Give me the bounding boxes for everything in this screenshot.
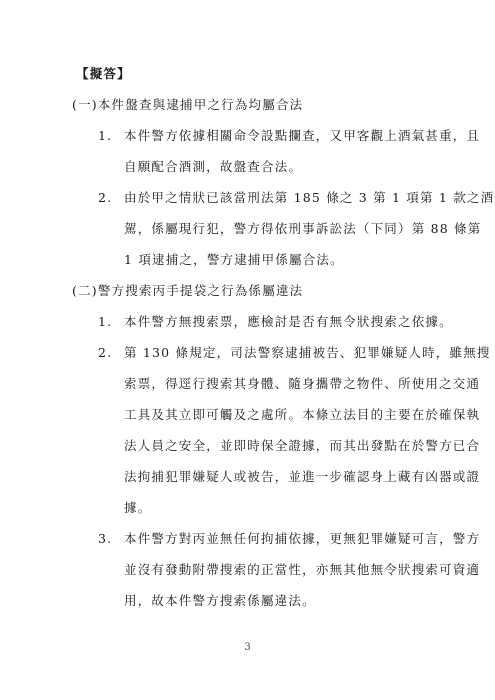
page-number: 3 <box>0 642 495 653</box>
item-number: 1. <box>98 128 112 144</box>
item-number: 2. <box>98 190 112 206</box>
item-number: 3. <box>98 531 112 547</box>
item-text-line: 法拘捕犯罪嫌疑人或被告，並進一步確認身上藏有凶器或證 <box>124 469 424 485</box>
item-text-line: 法人員之安全，並即時保全證據，而其出發點在於警方已合 <box>124 438 424 454</box>
item-number: 1. <box>98 314 112 330</box>
item-text-line: 據。 <box>124 500 424 516</box>
section-heading-2: (二)警方搜索丙手提袋之行為係屬違法 <box>72 283 303 299</box>
item-text-line: 駕，係屬現行犯，警方得依刑事訴訟法（下同）第 88 條第 <box>124 221 424 237</box>
item-text-line: 1 項逮捕之，警方逮捕甲係屬合法。 <box>124 252 424 268</box>
item-text-line: 工具及其立即可觸及之處所。本條立法目的主要在於確保執 <box>124 407 424 423</box>
answer-title: 【擬答】 <box>76 66 131 82</box>
item-text-line: 本件警方無搜索票，應檢討是否有無令狀搜索之依據。 <box>124 314 424 330</box>
item-text-line: 自願配合酒測，故盤查合法。 <box>124 159 424 175</box>
item-text-line: 第 130 條規定，司法警察逮捕被告、犯罪嫌疑人時，雖無搜 <box>124 345 424 361</box>
item-text-line: 並沒有發動附帶搜索的正當性，亦無其他無令狀搜索可資適 <box>124 562 424 578</box>
item-text-line: 索票，得逕行搜索其身體、隨身攜帶之物件、所使用之交通 <box>124 376 424 392</box>
item-text-line: 本件警方對丙並無任何拘捕依據，更無犯罪嫌疑可言，警方 <box>124 531 424 547</box>
item-number: 2. <box>98 345 112 361</box>
section-heading-1: (一)本件盤查與逮捕甲之行為均屬合法 <box>72 97 303 113</box>
item-text-line: 由於甲之情狀已該當刑法第 185 條之 3 第 1 項第 1 款之酒 <box>124 190 424 206</box>
item-text-line: 用，故本件警方搜索係屬違法。 <box>124 593 424 609</box>
item-text-line: 本件警方依據相關命令設點攔查，又甲客觀上酒氣甚重，且 <box>124 128 424 144</box>
